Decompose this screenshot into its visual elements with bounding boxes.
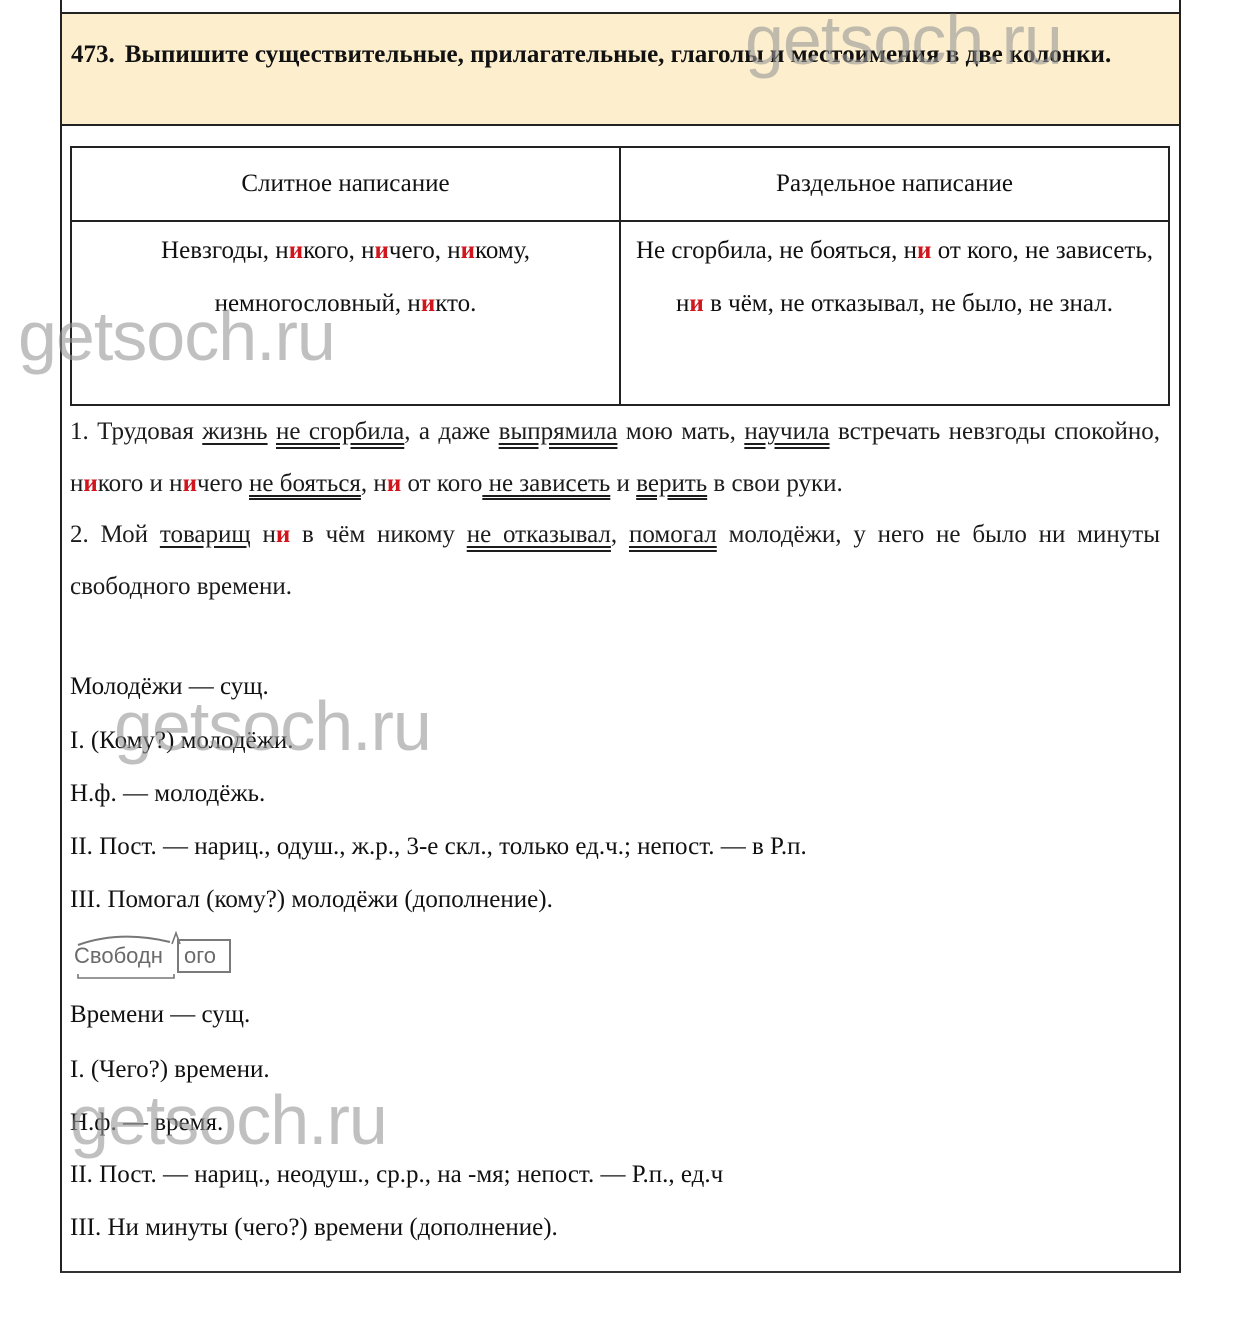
predicate-word: не сгорбила xyxy=(276,418,404,445)
sentence-1: 1. Трудовая жизнь не сгорбила, а даже вы… xyxy=(70,406,1160,509)
text-run: и xyxy=(610,470,636,497)
text-run: в чём никому xyxy=(290,521,467,548)
highlight-letter: и xyxy=(387,470,401,497)
header-separate: Раздельное написание xyxy=(620,147,1169,221)
morpheme-stem: Свободн xyxy=(74,943,163,968)
predicate-word: не бояться xyxy=(249,470,361,497)
predicate-word: помогал xyxy=(629,521,717,548)
parse-line: Н.ф. — время. xyxy=(70,1108,223,1138)
task-instruction: Выпишите существительные, прилагательные… xyxy=(125,41,1111,68)
subject-word: товарищ xyxy=(160,521,251,548)
text-run: чего xyxy=(197,470,249,497)
text-run: мою мать, xyxy=(617,418,744,445)
parse-line: Молодёжи — сущ. xyxy=(70,672,269,702)
sentence-2: 2. Мой товарищ ни в чём никому не отказы… xyxy=(70,509,1160,612)
highlight-letter: и xyxy=(183,470,197,497)
morpheme-ending: ого xyxy=(184,943,216,968)
text-run: 2. Мой xyxy=(70,521,160,548)
text-run: , н xyxy=(361,470,387,497)
header-joined: Слитное написание xyxy=(71,147,620,221)
predicate-word: верить xyxy=(636,470,707,497)
predicate-word: выпрямила xyxy=(499,418,618,445)
text-run: , а даже xyxy=(404,418,498,445)
highlight-letter: и xyxy=(289,237,303,264)
text-run: 1. Трудовая xyxy=(70,418,202,445)
predicate-word: не зависеть xyxy=(482,470,610,497)
predicate-word: научила xyxy=(744,418,829,445)
morpheme-diagram: Свободн ого xyxy=(70,928,240,988)
highlight-letter: и xyxy=(83,470,97,497)
text-run: Не сгорбила, не бояться, н xyxy=(636,237,917,264)
highlight-letter: и xyxy=(689,290,703,317)
parse-line: Времени — сущ. xyxy=(70,1000,250,1030)
predicate-word: не отказывал xyxy=(467,521,611,548)
parse-line: I. (Чего?) времени. xyxy=(70,1055,270,1085)
parse-line: I. (Кому?) молодёжи. xyxy=(70,726,294,756)
text-run: кого, н xyxy=(303,237,374,264)
cell-joined: Невзгоды, никого, ничего, никому, немног… xyxy=(71,221,620,405)
parse-line: Н.ф. — молодёжь. xyxy=(70,779,265,809)
cell-separate: Не сгорбила, не бояться, ни от кого, не … xyxy=(620,221,1169,405)
spelling-table: Слитное написание Раздельное написание Н… xyxy=(70,146,1170,406)
text-run: от кого xyxy=(401,470,482,497)
highlight-letter: и xyxy=(276,521,290,548)
stem-bracket-icon xyxy=(78,974,174,978)
highlight-letter: и xyxy=(461,237,475,264)
text-run xyxy=(268,418,276,445)
sentences: 1. Трудовая жизнь не сгорбила, а даже вы… xyxy=(70,406,1160,612)
highlight-letter: и xyxy=(917,237,931,264)
text-run: н xyxy=(251,521,276,548)
task-header: 473.Выпишите существительные, прилагател… xyxy=(60,12,1181,126)
highlight-letter: и xyxy=(421,290,435,317)
text-run: чего, н xyxy=(389,237,461,264)
subject-word: жизнь xyxy=(202,418,267,445)
text-run: Невзгоды, н xyxy=(161,237,289,264)
text-run: в чём, не отказывал, не было, не знал. xyxy=(704,290,1113,317)
highlight-letter: и xyxy=(374,237,388,264)
text-run: кого и н xyxy=(98,470,183,497)
text-run: , xyxy=(611,521,629,548)
task-text: 473.Выпишите существительные, прилагател… xyxy=(71,28,1171,82)
parse-line: III. Помогал (кому?) молодёжи (дополнени… xyxy=(70,885,553,915)
parse-line: III. Ни минуты (чего?) времени (дополнен… xyxy=(70,1213,558,1243)
text-run: кто. xyxy=(435,290,476,317)
parse-line: II. Пост. — нариц., неодуш., ср.р., на -… xyxy=(70,1160,723,1190)
parse-line: II. Пост. — нариц., одуш., ж.р., 3-е скл… xyxy=(70,832,807,862)
task-number: 473. xyxy=(71,41,115,68)
text-run: в свои руки. xyxy=(707,470,843,497)
